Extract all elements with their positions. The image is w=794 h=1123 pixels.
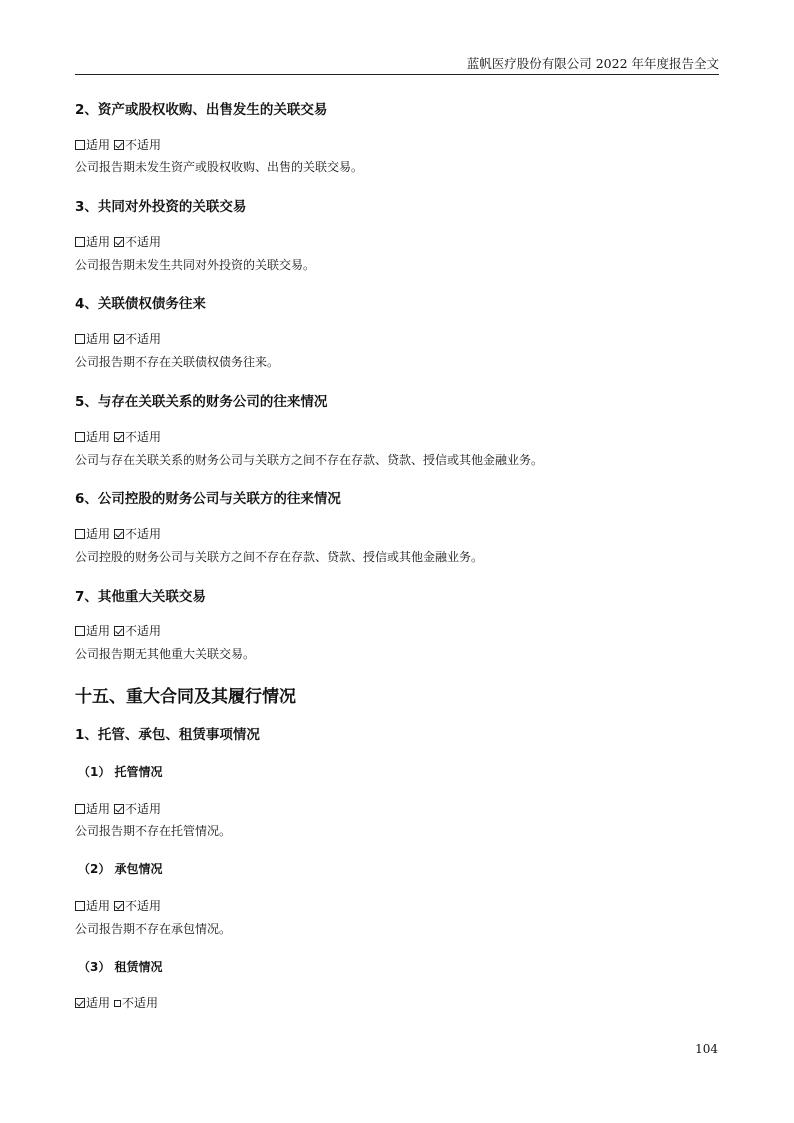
subsection-text: 公司报告期不存在托管情况。 [75,822,231,839]
applicability-options: 适用不适用 [75,994,158,1011]
page-number: 104 [695,1042,718,1056]
section-text: 公司报告期未发生共同对外投资的关联交易。 [75,256,315,273]
chapter-heading: 十五、重大合同及其履行情况 [75,682,296,707]
checkbox-unchecked-icon [75,901,85,911]
applicability-options: 适用不适用 [75,428,161,445]
checkbox-unchecked-icon [75,237,85,247]
applicability-options: 适用不适用 [75,897,161,914]
section-text: 公司控股的财务公司与关联方之间不存在存款、贷款、授信或其他金融业务。 [75,548,483,565]
section-text: 公司报告期无其他重大关联交易。 [75,645,255,662]
section-heading: 4、关联债权债务往来 [75,292,206,312]
checkbox-unchecked-icon [75,334,85,344]
section-heading: 5、与存在关联关系的财务公司的往来情况 [75,390,327,410]
applicability-options: 适用不适用 [75,800,161,817]
subsection-heading: （3） 租赁情况 [78,958,163,975]
section-text: 公司与存在关联关系的财务公司与关联方之间不存在存款、贷款、授信或其他金融业务。 [75,451,543,468]
checkbox-checked-icon [114,432,124,442]
applicability-options: 适用不适用 [75,330,161,347]
checkbox-checked-icon [114,140,124,150]
applicability-options: 适用不适用 [75,136,161,153]
section-text: 公司报告期不存在关联债权债务往来。 [75,353,279,370]
section-text: 公司报告期未发生资产或股权收购、出售的关联交易。 [75,158,363,175]
checkbox-checked-icon [114,529,124,539]
checkbox-checked-icon [114,901,124,911]
applicability-options: 适用不适用 [75,233,161,250]
checkbox-unchecked-icon [75,804,85,814]
subsection-heading: （1） 托管情况 [78,763,163,780]
subsection-text: 公司报告期不存在承包情况。 [75,920,231,937]
applicability-options: 适用不适用 [75,525,161,542]
report-title: 蓝帆医疗股份有限公司 2022 年年度报告全文 [467,56,719,71]
checkbox-unchecked-icon [75,626,85,636]
section-heading: 2、资产或股权收购、出售发生的关联交易 [75,98,327,118]
checkbox-unchecked-icon [114,1000,121,1007]
subchapter-heading: 1、托管、承包、租赁事项情况 [75,723,260,743]
checkbox-checked-icon [114,804,124,814]
section-heading: 3、共同对外投资的关联交易 [75,195,246,215]
page-header: 蓝帆医疗股份有限公司 2022 年年度报告全文 [75,56,719,75]
checkbox-unchecked-icon [75,529,85,539]
checkbox-checked-icon [114,237,124,247]
checkbox-checked-icon [114,626,124,636]
checkbox-checked-icon [75,998,85,1008]
applicability-options: 适用不适用 [75,622,161,639]
checkbox-checked-icon [114,334,124,344]
subsection-heading: （2） 承包情况 [78,860,163,877]
section-heading: 7、其他重大关联交易 [75,585,206,605]
checkbox-unchecked-icon [75,432,85,442]
checkbox-unchecked-icon [75,140,85,150]
section-heading: 6、公司控股的财务公司与关联方的往来情况 [75,487,341,507]
